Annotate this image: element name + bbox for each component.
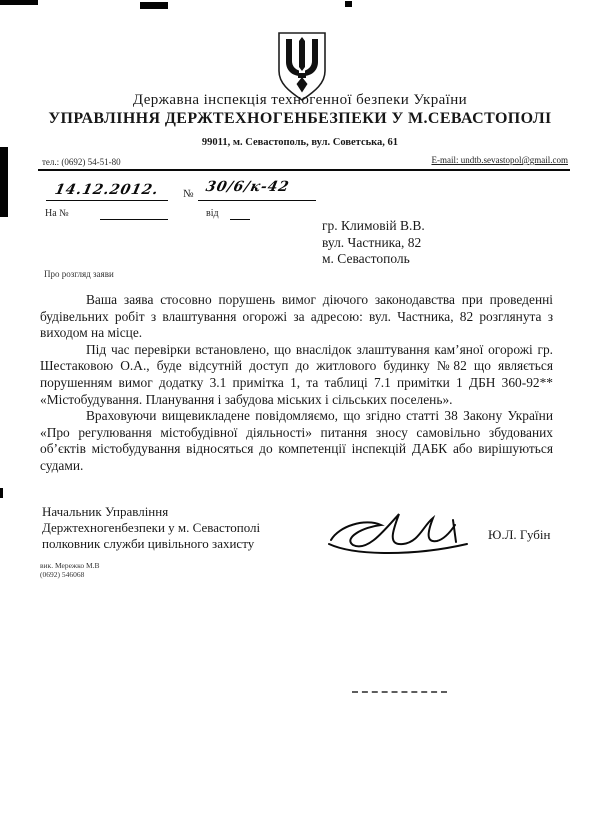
subject-line: Про розгляд заяви	[44, 269, 114, 279]
scan-artifact	[140, 2, 168, 9]
signer-position-line: Начальник Управління	[42, 504, 260, 520]
addressee-block: гр. Климовій В.В. вул. Частника, 82 м. С…	[322, 218, 425, 268]
on-number-label: На №	[45, 208, 69, 219]
addressee-name: гр. Климовій В.В.	[322, 218, 425, 235]
organization-name: УПРАВЛІННЯ ДЕРЖТЕХНОГЕНБЕЗПЕКИ У М.СЕВАС…	[0, 110, 600, 128]
from-underline	[230, 219, 250, 220]
handwritten-number: 30/6/к-42	[204, 179, 291, 195]
signer-position-line: полковник служби цивільного захисту	[42, 536, 260, 552]
organization-phone: тел.: (0692) 54-51-80	[42, 157, 121, 167]
scan-artifact	[0, 147, 8, 217]
signer-position-block: Начальник Управління Держтехногенбезпеки…	[42, 504, 260, 551]
date-underline	[46, 200, 168, 201]
executor-block: вик. Мережко М.В (0692) 546068	[40, 561, 100, 579]
from-label: від	[206, 208, 219, 219]
signer-name: Ю.Л. Губін	[488, 527, 550, 543]
body-paragraph: Ваша заява стосовно порушень вимог діючо…	[40, 292, 553, 342]
body-paragraph: Під час перевірки встановлено, що внаслі…	[40, 342, 553, 408]
organization-email: E-mail: undtb.sevastopol@gmail.com	[431, 155, 568, 165]
number-label: №	[183, 188, 194, 200]
scan-artifact	[345, 1, 352, 7]
scan-artifact-dashed-line	[352, 691, 447, 693]
executor-name: вик. Мережко М.В	[40, 561, 100, 570]
executor-phone: (0692) 546068	[40, 570, 100, 579]
addressee-street: вул. Частника, 82	[322, 235, 425, 252]
addressee-city: м. Севастополь	[322, 251, 425, 268]
organization-parent-name: Державна інспекція техногенної безпеки У…	[0, 92, 600, 109]
document-content: Державна інспекція техногенної безпеки У…	[0, 0, 600, 820]
body-paragraph: Враховуючи вищевикладене повідомляємо, щ…	[40, 408, 553, 474]
letter-body: Ваша заява стосовно порушень вимог діючо…	[40, 292, 553, 475]
scanned-letter-page: Державна інспекція техногенної безпеки У…	[0, 0, 600, 820]
number-underline	[198, 200, 316, 201]
handwritten-signature-icon	[325, 498, 485, 565]
handwritten-date: 14.12.2012.	[53, 182, 160, 198]
scan-artifact	[0, 488, 3, 498]
organization-address: 99011, м. Севастополь, вул. Советська, 6…	[0, 137, 600, 148]
scan-artifact	[0, 0, 38, 5]
signer-position-line: Держтехногенбезпеки у м. Севастополі	[42, 520, 260, 536]
header-divider	[38, 169, 570, 171]
on-number-underline	[100, 219, 168, 220]
